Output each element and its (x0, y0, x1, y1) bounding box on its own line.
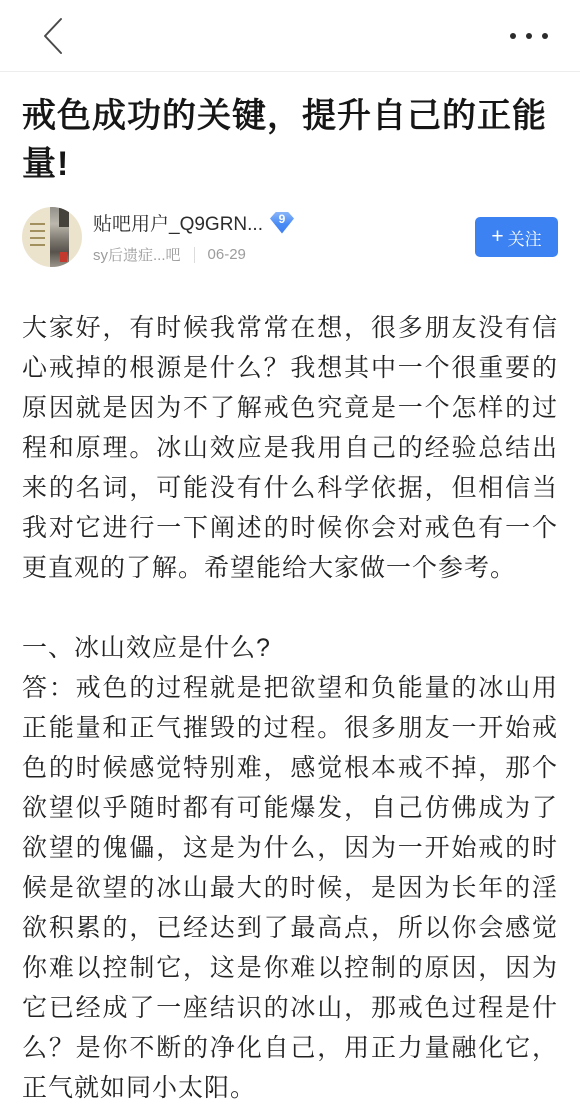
body-paragraph: 答：戒色的过程就是把欲望和负能量的冰山用正能量和正气摧毁的过程。很多朋友一开始戒… (22, 668, 558, 1105)
back-chevron-icon (42, 17, 64, 55)
section-heading: 一、冰山效应是什么? (22, 628, 558, 668)
post-page: 戒色成功的关键，提升自己的正能量! 贴吧用户_Q9GRN... 9 sy后遗症.… (0, 0, 580, 1105)
author-row: 贴吧用户_Q9GRN... 9 sy后遗症...吧 06-29 + 关注 (22, 206, 558, 268)
follow-button[interactable]: + 关注 (475, 217, 558, 257)
follow-button-label: 关注 (508, 225, 542, 250)
more-dots-icon (542, 33, 548, 39)
post-title: 戒色成功的关键，提升自己的正能量! (22, 92, 558, 188)
body-section: 一、冰山效应是什么? 答：戒色的过程就是把欲望和负能量的冰山用正能量和正气摧毁的… (22, 628, 558, 1105)
post-date: 06-29 (208, 246, 246, 263)
author-info: 贴吧用户_Q9GRN... 9 sy后遗症...吧 06-29 (93, 209, 465, 265)
avatar-image (59, 207, 69, 227)
avatar-image (30, 223, 45, 247)
more-dots-icon (526, 33, 532, 39)
post-body: 大家好，有时候我常常在想，很多朋友没有信心戒掉的根源是什么？我想其中一个很重要的… (22, 308, 558, 1105)
author-name[interactable]: 贴吧用户_Q9GRN... (93, 209, 263, 236)
plus-icon: + (491, 226, 503, 247)
sub-divider (194, 247, 195, 263)
more-menu-button[interactable] (510, 25, 548, 47)
body-paragraph: 大家好，有时候我常常在想，很多朋友没有信心戒掉的根源是什么？我想其中一个很重要的… (22, 308, 558, 588)
nav-bar (0, 0, 580, 72)
avatar-image (60, 252, 67, 262)
author-sub-line: sy后遗症...吧 06-29 (93, 244, 465, 265)
back-button[interactable] (42, 16, 70, 56)
level-badge-number: 9 (279, 212, 286, 227)
author-avatar[interactable] (22, 207, 82, 267)
author-name-line: 贴吧用户_Q9GRN... 9 (93, 209, 465, 236)
level-badge-icon: 9 (270, 212, 294, 234)
forum-name[interactable]: sy后遗症...吧 (93, 244, 181, 265)
more-dots-icon (510, 33, 516, 39)
